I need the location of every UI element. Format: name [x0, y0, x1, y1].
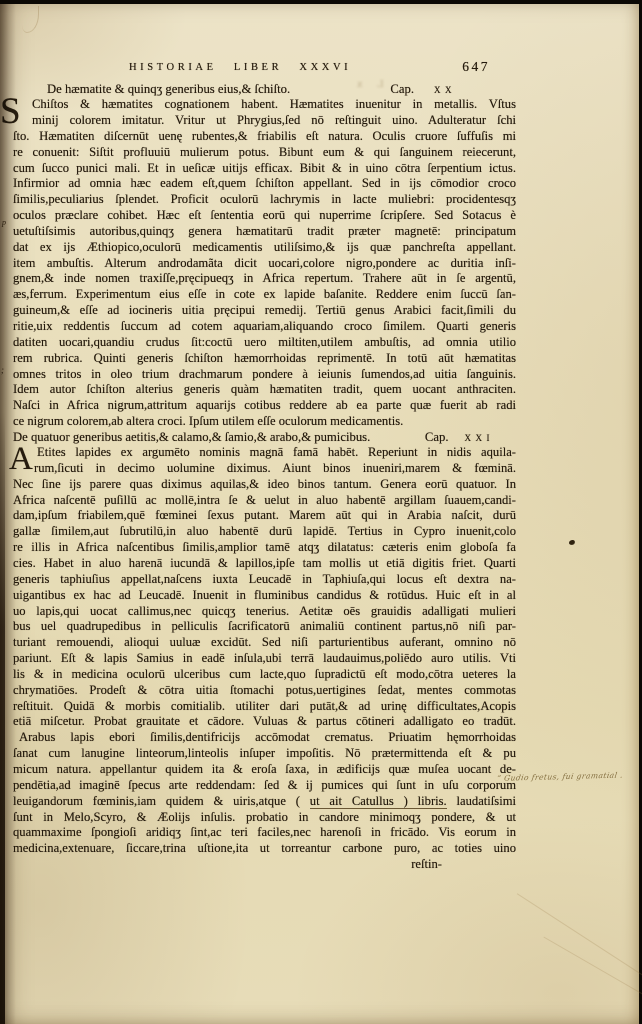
chapter-20-body: S Chiſtos & hæmatites cognationem habent… [13, 97, 516, 430]
text-line: item ambuſtis. Alterum androdamãta dicit… [13, 256, 516, 272]
text-line: bus uel quadrupedibus in pelliculis ſacr… [13, 619, 516, 635]
text-line: lis & in medicina oculorū ulceribus cum … [13, 667, 516, 683]
text-line: Africa naſcentē puſillū ac mollē,intra ſ… [13, 493, 516, 509]
margin-mark: ; [1, 365, 4, 375]
text-line: Idem autor ſchiſton alterius generis quà… [13, 382, 516, 398]
text-line: quammaxime ſpongioſi aridiqʒ ſint,ac ter… [13, 825, 516, 841]
text-line: Chiſtos & hæmatites cognationem habent. … [13, 97, 516, 113]
chapter-21-body: A Etites lapides ex argumēto nominis mag… [13, 445, 516, 873]
text-line: pariunt. Eſt & lapis Samius in eadē inſu… [13, 651, 516, 667]
text-line: oculos præclare cohibet. Hæc eſt ſentent… [13, 208, 516, 224]
text-line: micum natura. appellantur quidem ita & e… [13, 762, 516, 778]
text-line: uo lapis,qui uocat callimus,nec quicqʒ t… [13, 604, 516, 620]
text-line: chrymatiōes. Prodeſt & cōtra uitia ſtoma… [13, 683, 516, 699]
chapter-20-heading: De hæmatite & quinqʒ generibus eius,& ſc… [13, 82, 516, 97]
page-scan: { "page": { "running_head": "HISTORIAE L… [0, 0, 642, 1024]
chapter-21-heading: De quatuor generibus aetitis,& calamo,& … [13, 430, 516, 445]
text-line: ritie,uix reddentis ſuccum ad cotem aqua… [13, 319, 516, 335]
page-number: 647 [462, 59, 490, 75]
text-line: reſtin- [13, 857, 516, 873]
text-line: uetuſtiſsimis autoribus,quinqʒ genera hæ… [13, 224, 516, 240]
chapter-heading-title: De quatuor generibus aetitis,& calamo,& … [13, 430, 370, 445]
text-line: datiten uocari,quandiu crudus ſit:coctū … [13, 335, 516, 351]
chapter-cap-numeral: xx [434, 82, 456, 97]
text-line: dat ex ijs Æthiopico,oculorū medicamenti… [13, 240, 516, 256]
paper-crease [517, 893, 642, 976]
book-page: HISTORIAE LIBER XXXVI 647 L x De hæmatit… [0, 4, 639, 1024]
running-head: HISTORIAE LIBER XXXVI 647 L x [13, 56, 516, 82]
drop-cap-s: S [0, 93, 21, 130]
chapter-21-lines: Etites lapides ex argumēto nominis magnā… [13, 445, 516, 873]
text-line: dam,ipſum friabilem,quē fœminei ſexus pu… [13, 508, 516, 524]
text-line: ſto. Hæmatiten diſcernūt uenę rubentes,&… [13, 129, 516, 145]
text-line: æs,ferrum. Experimentum eius eſſe in cot… [13, 287, 516, 303]
text-line: uigantibus ex hac ad Leucadē. Inuenit in… [13, 588, 516, 604]
chapter-heading-title: De hæmatite & quinqʒ generibus eius,& ſc… [47, 82, 290, 97]
text-line: medicina,extenuare, ſiccare,trina uſtion… [13, 841, 516, 857]
drop-cap-a: A [9, 443, 33, 476]
text-line: leuigandorum fœminis,iam quidem & uiris,… [13, 794, 516, 810]
underlined-phrase: ut ait Catullus ) libris. [310, 794, 447, 810]
ink-speck [569, 540, 575, 545]
chapter-20-lines: Chiſtos & hæmatites cognationem habent. … [13, 97, 516, 430]
text-line: reſtituit. Quidā & morbis comitialib. ut… [13, 699, 516, 715]
text-line: guineum,& eſſe ad iocineris uitia pręcip… [13, 303, 516, 319]
text-line: rum,ſicuti in decimo uolumine diximus. A… [13, 461, 516, 477]
text-line: ſimilis,peculiarius ſplendet. Proficit o… [13, 192, 516, 208]
binding-shadow [0, 412, 5, 1024]
text-line: Naſci in Africa nigrum,attritum aquarijs… [13, 398, 516, 414]
margin-mark: p [2, 218, 6, 227]
text-line: cum ſucco punici mali. Et in ueſicæ uiti… [13, 161, 516, 177]
text-line: ſunt in Melo,Scyro, & Æolijs inſulis. pr… [13, 810, 516, 826]
showthrough-ghost-text: L x [351, 78, 384, 90]
handwritten-margin-note: ” Gudio fretus, fui gramatial . [496, 770, 635, 783]
text-line: ſanat cum lanugine linteorum,linteolis i… [13, 746, 516, 762]
text-line: ce nigrum colorem,ab altera croci. Ipſum… [13, 414, 516, 430]
text-line: gnem,& inde nomen traxiſſe,pręcipueqʒ in… [13, 271, 516, 287]
text-line: rem rubrica. Quinti generis ſchiſton hæm… [13, 351, 516, 367]
text-line: gallæ ſimilem,aut ſubrutilū,in aluo habe… [13, 524, 516, 540]
text-line: re illis in Africa naſcentibus ſimilis,a… [13, 540, 516, 556]
paper-crease [543, 937, 642, 1003]
text-line: etiā miſcetur. Probat grauitate et cādor… [13, 714, 516, 730]
corner-fold [22, 6, 39, 33]
text-line: cies. Habet in aluo harenā iucundā & lap… [13, 556, 516, 572]
text-line: omnes tritos in oleo trium drachmarum po… [13, 367, 516, 383]
text-line: Nec ſine ijs parere quas diximus aquilas… [13, 477, 516, 493]
running-head-title: HISTORIAE LIBER XXXVI [129, 62, 351, 73]
text-line: Infirmior ad omnia hæc eadem eſt,quem ſc… [13, 176, 516, 192]
text-block: HISTORIAE LIBER XXXVI 647 L x De hæmatit… [13, 56, 516, 873]
chapter-cap-label: Cap. [425, 430, 449, 445]
text-line: Etites lapides ex argumēto nominis magnā… [13, 445, 516, 461]
text-line: Arabus lapis ebori ſimilis,dentifricijs … [13, 730, 516, 746]
chapter-cap-label: Cap. [390, 82, 414, 97]
text-line: generis taphiuſius appellat,naſcens iuxt… [13, 572, 516, 588]
text-line: re conuenit: Siſtit profluuiū mulierum p… [13, 145, 516, 161]
text-line: turiant remouendi, alioqui uuluæ excidūt… [13, 635, 516, 651]
chapter-cap-numeral: xxi [465, 430, 495, 445]
text-line: minij colorem imitatur. Vritur ut Phrygi… [13, 113, 516, 129]
text-line: pendētia,ad imaginē ſpecus arte reddenda… [13, 778, 516, 794]
